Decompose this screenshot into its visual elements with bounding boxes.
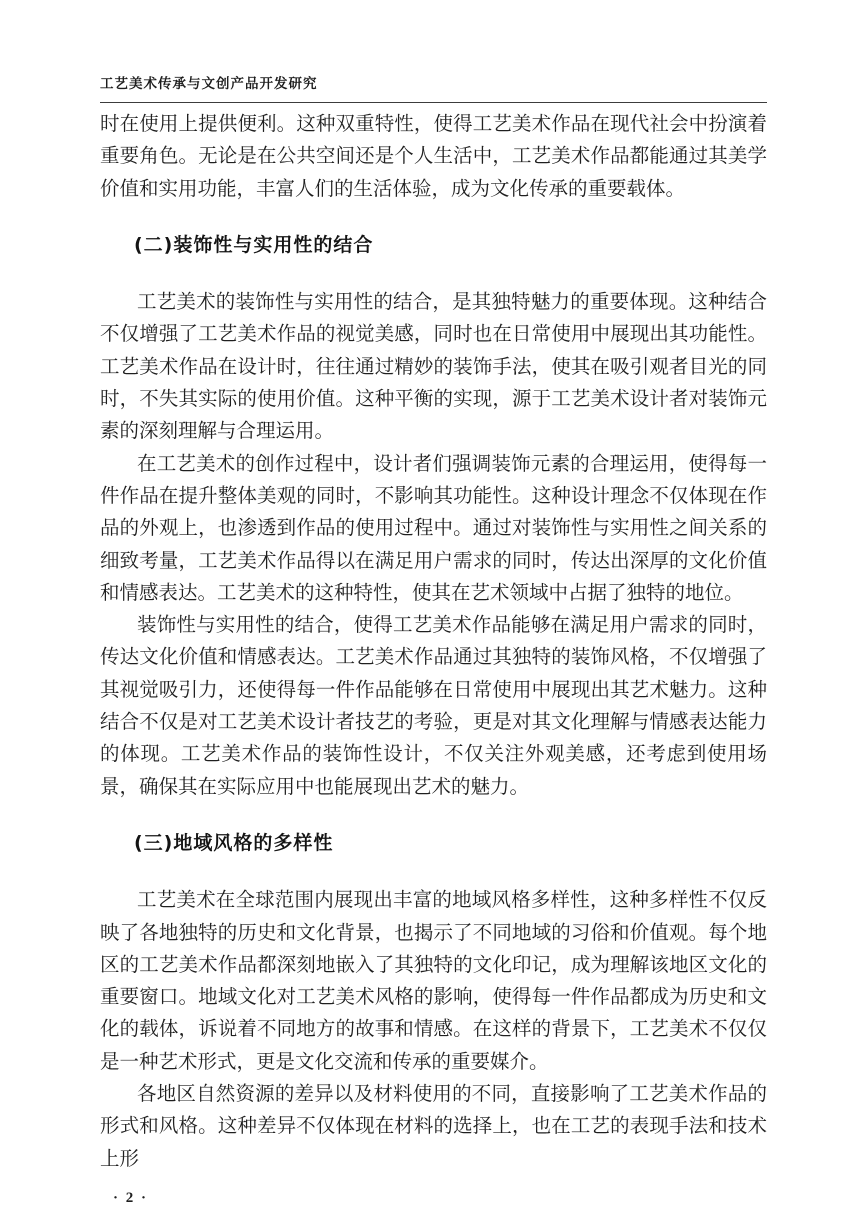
intro-paragraph: 时在使用上提供便利。这种双重特性，使得工艺美术作品在现代社会中扮演着重要角色。无… [100,109,767,206]
body-text: 时在使用上提供便利。这种双重特性，使得工艺美术作品在现代社会中扮演着重要角色。无… [100,109,767,1208]
section-heading-2: (二)装饰性与实用性的结合 [100,229,767,261]
section-heading-3: (三)地域风格的多样性 [100,827,767,859]
running-header-title: 工艺美术传承与文创产品开发研究 [100,76,318,92]
paragraph: 工艺美术在全球范围内展现出丰富的地域风格多样性，这种多样性不仅反映了各地独特的历… [100,885,767,1079]
paragraph: 在工艺美术的创作过程中，设计者们强调装饰元素的合理运用，使得每一件作品在提升整体… [100,449,767,610]
page-number: · 2 · [100,1182,767,1208]
running-header: 工艺美术传承与文创产品开发研究 [100,74,767,103]
page-content: 工艺美术传承与文创产品开发研究 时在使用上提供便利。这种双重特性，使得工艺美术作… [100,74,767,1208]
paragraph: 工艺美术的装饰性与实用性的结合，是其独特魅力的重要体现。这种结合不仅增强了工艺美… [100,287,767,448]
paragraph: 装饰性与实用性的结合，使得工艺美术作品能够在满足用户需求的同时，传达文化价值和情… [100,610,767,804]
paragraph: 各地区自然资源的差异以及材料使用的不同，直接影响了工艺美术作品的形式和风格。这种… [100,1079,767,1176]
document-page: 工艺美术传承与文创产品开发研究 时在使用上提供便利。这种双重特性，使得工艺美术作… [0,0,860,1208]
